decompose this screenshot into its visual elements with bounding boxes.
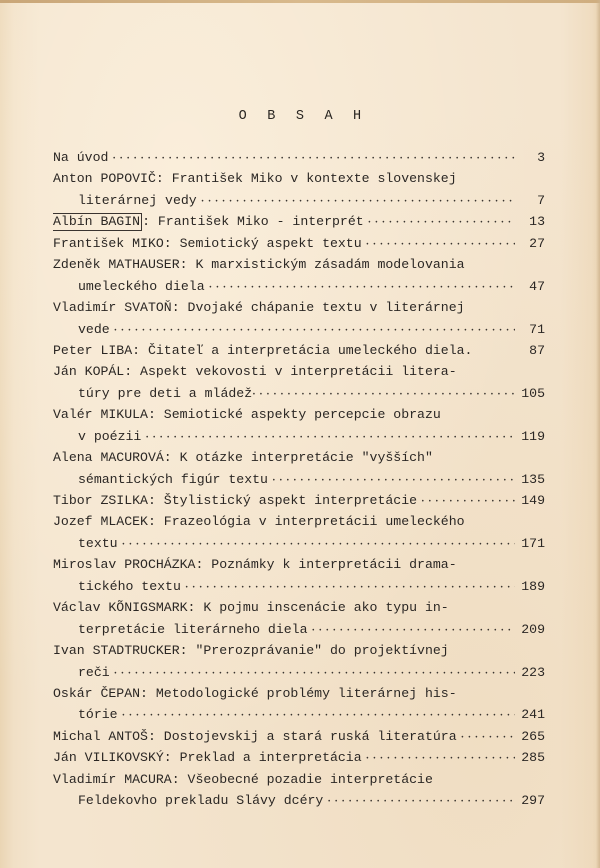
page-number: 47	[515, 276, 545, 297]
page-number: 3	[515, 147, 545, 168]
page-number: 7	[515, 190, 545, 211]
entry-title-continued: terpretácie literárneho diela	[78, 619, 308, 640]
dot-leader	[197, 191, 515, 213]
page-right-edge	[596, 0, 600, 868]
dot-leader	[141, 427, 515, 449]
entry-title-continued: v poézii	[78, 426, 141, 447]
page-number: 223	[515, 662, 545, 683]
toc-entry-continuation: v poézii 119	[53, 426, 545, 447]
toc-entry: Tibor ZSILKA: Štylistický aspekt interpr…	[53, 490, 545, 511]
entry-title: Miroslav PROCHÁZKA: Poznámky k interpret…	[53, 554, 457, 575]
entry-title: Vladimír SVATOŇ: Dvojaké chápanie textu …	[53, 297, 465, 318]
toc-entry-continuation: sémantických figúr textu 135	[53, 469, 545, 490]
toc-entry: Albín BAGIN : František Miko - interprét…	[53, 211, 545, 232]
page-number: 285	[515, 747, 545, 768]
toc-entry: Oskár ČEPAN: Metodologické problémy lite…	[53, 683, 545, 704]
page-number: 171	[515, 533, 545, 554]
dot-leader	[108, 148, 515, 170]
page-top-edge	[0, 0, 600, 3]
entry-title: : František Miko - interprét	[142, 211, 364, 232]
entry-title-continued: túry pre deti a mládež	[78, 383, 252, 404]
dot-leader	[110, 320, 515, 342]
page-title: O B S A H	[0, 109, 600, 124]
toc-entry-continuation: tórie 241	[53, 704, 545, 725]
toc-entry: Peter LIBA: Čitateľ a interpretácia umel…	[53, 340, 545, 361]
toc-entry-continuation: tického textu 189	[53, 576, 545, 597]
entry-title: Anton POPOVIČ: František Miko v kontexte…	[53, 168, 457, 189]
entry-title: Michal ANTOŠ: Dostojevskij a stará ruská…	[53, 726, 457, 747]
page-number: 71	[515, 319, 545, 340]
toc-entry: Ivan STADTRUCKER: "Prerozprávanie" do pr…	[53, 640, 545, 661]
paper-page: O B S A H Na úvod 3 Anton POPOVIČ: Frant…	[0, 0, 600, 868]
toc-entry: Jozef MLACEK: Frazeológia v interpretáci…	[53, 511, 545, 532]
toc-entry: Na úvod 3	[53, 147, 545, 168]
entry-title-continued: sémantických figúr textu	[78, 469, 268, 490]
entry-title: Václav KÕNIGSMARK: K pojmu inscenácie ak…	[53, 597, 449, 618]
toc-entry-continuation: vede 71	[53, 319, 545, 340]
page-number: 265	[515, 726, 545, 747]
entry-title-continued: tórie	[78, 704, 118, 725]
toc-entry-continuation: textu 171	[53, 533, 545, 554]
entry-title: Peter LIBA: Čitateľ a interpretácia umel…	[53, 340, 472, 361]
toc-entry: Vladimír SVATOŇ: Dvojaké chápanie textu …	[53, 297, 545, 318]
dot-leader	[118, 534, 515, 556]
dot-leader	[308, 620, 516, 642]
page-number: 135	[515, 469, 545, 490]
boxed-author-name: Albín BAGIN	[53, 213, 142, 231]
page-number: 209	[515, 619, 545, 640]
dot-leader	[323, 791, 515, 813]
dot-leader	[181, 577, 515, 599]
page-number: 119	[515, 426, 545, 447]
toc-entry-continuation: Feldekovho prekladu Slávy dcéry 297	[53, 790, 545, 811]
page-number: 241	[515, 704, 545, 725]
dot-leader	[362, 234, 515, 256]
entry-title: Ján KOPÁL: Aspekt vekovosti v interpretá…	[53, 361, 457, 382]
dot-leader	[362, 748, 515, 770]
page-number: 13	[515, 211, 545, 232]
toc-entry: Ján VILIKOVSKÝ: Preklad a interpretácia …	[53, 747, 545, 768]
entry-title: Alena MACUROVÁ: K otázke interpretácie "…	[53, 447, 433, 468]
page-number: 27	[515, 233, 545, 254]
entry-title: Zdeněk MATHAUSER: K marxistickým zásadám…	[53, 254, 465, 275]
toc-entry: Vladimír MACURA: Všeobecné pozadie inter…	[53, 769, 545, 790]
entry-title: Oskár ČEPAN: Metodologické problémy lite…	[53, 683, 457, 704]
dot-leader	[110, 663, 515, 685]
dot-leader	[364, 212, 515, 234]
page-number: 87	[515, 340, 545, 361]
toc-entry-continuation: umeleckého diela 47	[53, 276, 545, 297]
toc-entry: Miroslav PROCHÁZKA: Poznámky k interpret…	[53, 554, 545, 575]
entry-title-continued: Feldekovho prekladu Slávy dcéry	[78, 790, 323, 811]
dot-leader	[252, 384, 515, 406]
entry-title: Ivan STADTRUCKER: "Prerozprávanie" do pr…	[53, 640, 449, 661]
toc-entry-continuation: literárnej vedy 7	[53, 190, 545, 211]
toc-entry: Václav KÕNIGSMARK: K pojmu inscenácie ak…	[53, 597, 545, 618]
page-number: 149	[515, 490, 545, 511]
entry-title: František MIKO: Semiotický aspekt textu	[53, 233, 362, 254]
entry-title: Jozef MLACEK: Frazeológia v interpretáci…	[53, 511, 465, 532]
toc-entry-continuation: terpretácie literárneho diela 209	[53, 619, 545, 640]
dot-leader	[417, 491, 515, 513]
toc-entry-continuation: túry pre deti a mládež 105	[53, 383, 545, 404]
entry-title-continued: tického textu	[78, 576, 181, 597]
toc-entry: Valér MIKULA: Semiotické aspekty percepc…	[53, 404, 545, 425]
entry-title: Ján VILIKOVSKÝ: Preklad a interpretácia	[53, 747, 362, 768]
toc-entry: Ján KOPÁL: Aspekt vekovosti v interpretá…	[53, 361, 545, 382]
toc-entry: František MIKO: Semiotický aspekt textu …	[53, 233, 545, 254]
entry-title-continued: reči	[78, 662, 110, 683]
entry-title-continued: vede	[78, 319, 110, 340]
entry-title: Valér MIKULA: Semiotické aspekty percepc…	[53, 404, 441, 425]
dot-leader	[205, 277, 515, 299]
toc-entry: Anton POPOVIČ: František Miko v kontexte…	[53, 168, 545, 189]
entry-title-continued: umeleckého diela	[78, 276, 205, 297]
dot-leader	[268, 470, 515, 492]
toc-entry: Zdeněk MATHAUSER: K marxistickým zásadám…	[53, 254, 545, 275]
page-number: 189	[515, 576, 545, 597]
toc-entry: Alena MACUROVÁ: K otázke interpretácie "…	[53, 447, 545, 468]
page-number: 105	[515, 383, 545, 404]
entry-title: Tibor ZSILKA: Štylistický aspekt interpr…	[53, 490, 417, 511]
entry-title: Vladimír MACURA: Všeobecné pozadie inter…	[53, 769, 433, 790]
entry-title-continued: literárnej vedy	[78, 190, 197, 211]
dot-leader	[457, 727, 515, 749]
toc-entry-continuation: reči 223	[53, 662, 545, 683]
entry-title: Na úvod	[53, 147, 108, 168]
page-number: 297	[515, 790, 545, 811]
toc-entry: Michal ANTOŠ: Dostojevskij a stará ruská…	[53, 726, 545, 747]
dot-leader	[118, 705, 515, 727]
table-of-contents: Na úvod 3 Anton POPOVIČ: František Miko …	[53, 147, 545, 812]
entry-title-continued: textu	[78, 533, 118, 554]
